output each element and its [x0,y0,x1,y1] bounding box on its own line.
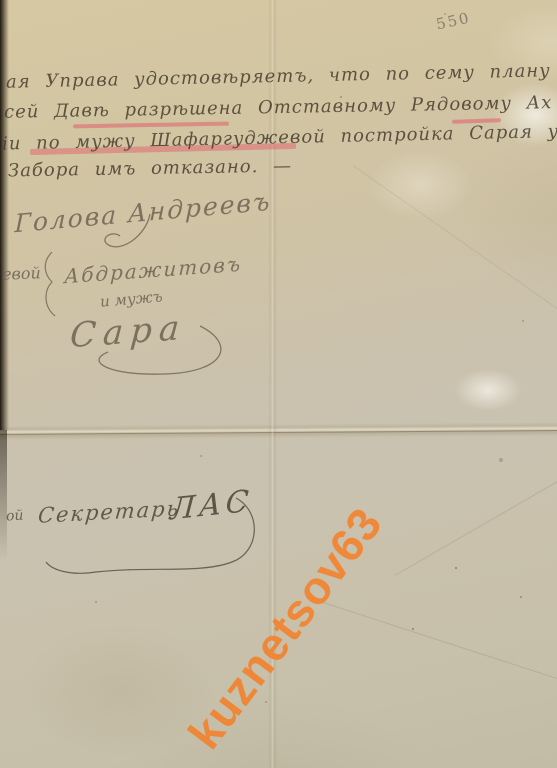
signature-secretary-name: ЛАС [169,483,254,527]
document-photo: 550 ая Управа удостовѣряетъ, что по сему… [0,0,557,768]
page-edge-shadow-fade [0,430,7,560]
bracket-stroke [45,252,55,316]
signature-secretary-fragment: ой [6,508,24,525]
red-underline-razreshena [73,122,229,129]
body-line-4: Забора имъ отказано. — [8,156,292,182]
signature-head: Голова Андреевъ [14,187,272,239]
diagonal-crease [394,465,557,576]
watermark: kuznetsov63 [177,497,393,759]
paper-specks [0,0,2,2]
signature-applicant-name: Абдражитовъ [64,252,243,289]
signature-applicant-big: Сара [69,308,188,356]
diagonal-crease [307,597,557,684]
signature-applicant-fragment: евой [2,263,41,283]
body-line-1: ая Управа удостовѣряетъ, что по сему пла… [6,60,551,92]
pencil-number: 550 [435,9,473,34]
signature-applicant-subline: и мужъ [99,287,163,310]
signature-secretary-label: Секретарь [37,496,181,528]
page-edge-shadow [0,0,9,430]
diagonal-crease [353,166,557,316]
